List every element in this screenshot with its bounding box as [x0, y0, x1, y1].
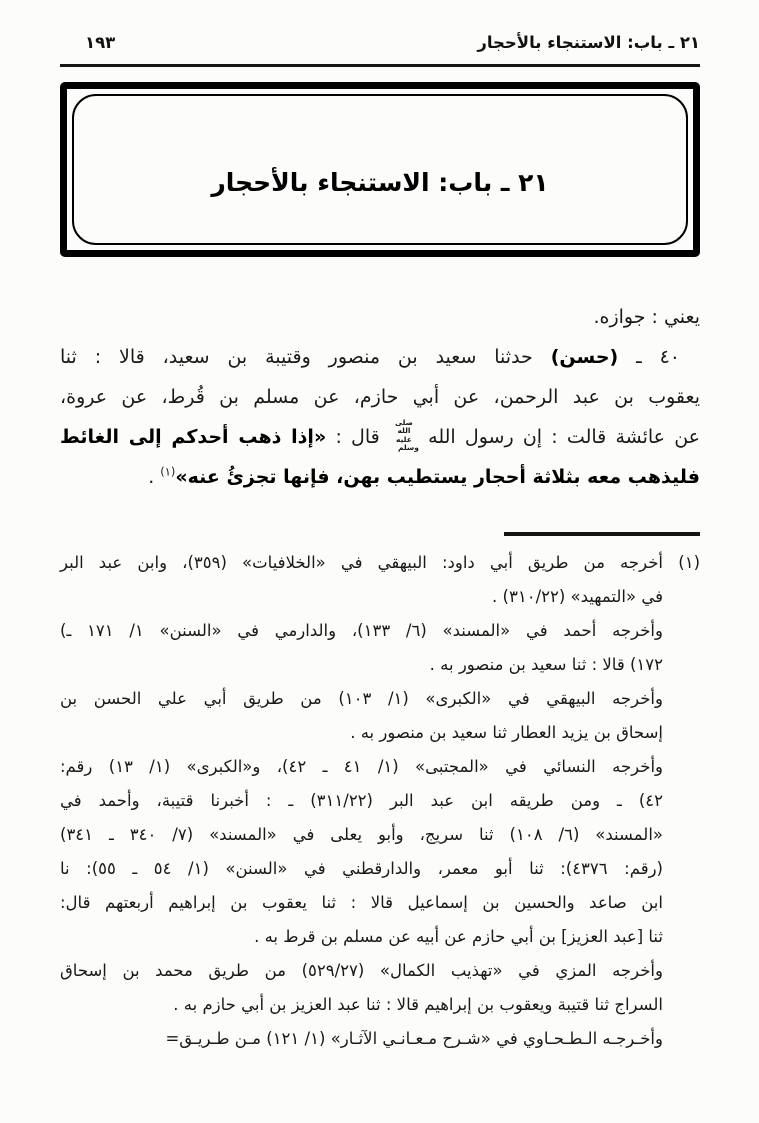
text-segment: السراج ثنا قتيبة ويعقوب بن إبراهيم قالا … — [173, 995, 663, 1014]
text-line: وأخرجه النسائي في «المجتبى» ⁦(١/ ٤١ ـ ٤٢… — [60, 750, 663, 784]
text-line: فليذهب معه بثلاثة أحجار يستطيب بهن، فإنه… — [60, 457, 700, 497]
text-line: ١٧٢) قالا : ثنا سعيد بن منصور به . — [60, 648, 663, 682]
footnote-marker: (١) — [663, 546, 700, 580]
text-line: السراج ثنا قتيبة ويعقوب بن إبراهيم قالا … — [60, 988, 663, 1022]
text-line: «المسند» ⁦(٦/ ١٠٨)⁩ ثنا سريج، وأبو يعلى … — [60, 818, 663, 852]
text-segment: أخرجه من طريق أبي داود: البيهقي في «الخل… — [60, 553, 663, 572]
book-page: ٢١ ـ باب: الاستنجاء بالأحجار ١٩٣ ٢١ ـ با… — [0, 0, 759, 1123]
text-segment: ١٧٢) قالا : ثنا سعيد بن منصور به . — [430, 655, 663, 674]
text-line: وأخـرجـه الـطـحـاوي في «شـرح مـعـانـي ال… — [60, 1022, 663, 1056]
text-segment: يعقوب بن عبد الرحمن، عن أبي حازم، عن مسل… — [60, 386, 700, 408]
footnote-text: أخرجه من طريق أبي داود: البيهقي في «الخل… — [60, 546, 663, 1056]
text-segment: (حسن) — [551, 346, 619, 368]
text-line: يعني : جوازه. — [60, 297, 700, 337]
text-segment: وأخرجه المزي في «تهذيب الكمال» ⁦(٥٢٩/٢٧)… — [60, 961, 663, 980]
text-segment: يعني : جوازه. — [593, 306, 700, 328]
text-segment: . — [148, 466, 160, 488]
text-line: ٤٢) ـ ومن طريقه ابن عبد البر ⁦(٣١١/٢٢)⁩ … — [60, 784, 663, 818]
text-segment: حدثنا سعيد بن منصور وقتيبة بن سعيد، قالا… — [60, 346, 551, 368]
text-line: ٤٠ ـ (حسن) حدثنا سعيد بن منصور وقتيبة بن… — [60, 337, 700, 377]
text-line: وأخرجه المزي في «تهذيب الكمال» ⁦(٥٢٩/٢٧)… — [60, 954, 663, 988]
text-line: ثنا [عبد العزيز] بن أبي حازم عن أبيه عن … — [60, 920, 663, 954]
footnote-block: (١) أخرجه من طريق أبي داود: البيهقي في «… — [60, 546, 700, 1056]
text-line: يعقوب بن عبد الرحمن، عن أبي حازم، عن مسل… — [60, 377, 700, 417]
text-segment: ٤٠ ـ — [618, 346, 680, 368]
text-segment: «إذا ذهب أحدكم إلى الغائط — [60, 426, 326, 448]
text-line: ابن صاعد والحسين بن إسماعيل قالا : ثنا ي… — [60, 886, 663, 920]
text-segment: وأخـرجـه الـطـحـاوي في «شـرح مـعـانـي ال… — [165, 1029, 663, 1048]
text-line: وأخرجه البيهقي في «الكبرى» ⁦(١/ ١٠٣)⁩ من… — [60, 682, 663, 716]
text-line: عن عائشة قالت : إن رسول الله صلى الله عل… — [60, 417, 700, 457]
text-segment: في «التمهيد» ⁦(٣١٠/٢٢)⁩ . — [492, 587, 663, 606]
text-segment: ٤٢) ـ ومن طريقه ابن عبد البر ⁦(٣١١/٢٢)⁩ … — [60, 791, 663, 810]
page-number: ١٩٣ — [85, 33, 115, 52]
page-header: ٢١ ـ باب: الاستنجاء بالأحجار ١٩٣ — [60, 0, 700, 52]
chapter-title: ٢١ ـ باب: الاستنجاء بالأحجار — [211, 142, 548, 197]
text-segment: وأخرجه البيهقي في «الكبرى» ⁦(١/ ١٠٣)⁩ من… — [60, 689, 663, 708]
text-segment: ابن صاعد والحسين بن إسماعيل قالا : ثنا ي… — [60, 893, 663, 912]
chapter-title-box: ٢١ ـ باب: الاستنجاء بالأحجار — [60, 82, 700, 257]
page-content: ٢١ ـ باب: الاستنجاء بالأحجار ١٩٣ ٢١ ـ با… — [0, 0, 759, 1056]
chapter-title-box-inner: ٢١ ـ باب: الاستنجاء بالأحجار — [72, 94, 688, 245]
text-segment: فليذهب معه بثلاثة أحجار يستطيب بهن، فإنه… — [175, 466, 700, 488]
hadith-body-text: يعني : جوازه.٤٠ ـ (حسن) حدثنا سعيد بن من… — [60, 297, 700, 497]
text-line: إسحاق بن يزيد العطار ثنا سعيد بن منصور ب… — [60, 716, 663, 750]
text-segment: وأخرجه أحمد في «المسند» ⁦(٦/ ١٣٣)⁩، والد… — [60, 621, 663, 640]
text-line: وأخرجه أحمد في «المسند» ⁦(٦/ ١٣٣)⁩، والد… — [60, 614, 663, 648]
text-line: (رقم: ٤٣٧٦): ثنا أبو معمر، والدارقطني في… — [60, 852, 663, 886]
footnote-separator — [504, 532, 700, 536]
text-segment: «المسند» ⁦(٦/ ١٠٨)⁩ ثنا سريج، وأبو يعلى … — [60, 825, 663, 844]
running-chapter-title: ٢١ ـ باب: الاستنجاء بالأحجار — [477, 33, 700, 52]
text-line: أخرجه من طريق أبي داود: البيهقي في «الخل… — [60, 546, 663, 580]
text-segment: وأخرجه النسائي في «المجتبى» ⁦(١/ ٤١ ـ ٤٢… — [60, 757, 663, 776]
salawat-glyph: صلى الله عليه وسلم — [389, 419, 419, 453]
text-segment: عن عائشة قالت : إن رسول الله — [419, 426, 700, 448]
footnote-ref: (١) — [160, 465, 175, 479]
text-segment: ثنا [عبد العزيز] بن أبي حازم عن أبيه عن … — [254, 927, 663, 946]
header-rule — [60, 64, 700, 67]
text-segment: (رقم: ٤٣٧٦): ثنا أبو معمر، والدارقطني في… — [60, 859, 663, 878]
text-segment: إسحاق بن يزيد العطار ثنا سعيد بن منصور ب… — [350, 723, 663, 742]
text-line: في «التمهيد» ⁦(٣١٠/٢٢)⁩ . — [60, 580, 663, 614]
text-segment: قال : — [326, 426, 389, 448]
